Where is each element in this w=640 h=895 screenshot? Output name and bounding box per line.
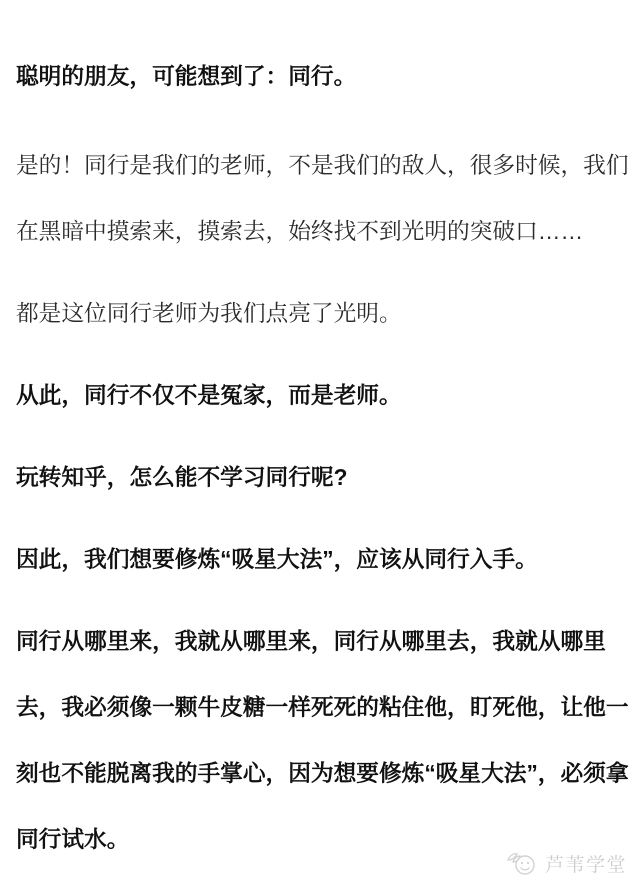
article-body: 聪明的朋友，可能想到了：同行。 是的！同行是我们的老师，不是我们的敌人，很多时候…	[0, 0, 640, 872]
paragraph: 因此，我们想要修炼“吸星大法”，应该从同行入手。	[16, 526, 630, 592]
paragraph: 都是这位同行老师为我们点亮了光明。	[16, 280, 630, 346]
watermark: 芦苇学堂	[505, 849, 627, 877]
paragraph: 是的！同行是我们的老师，不是我们的敌人，很多时候，我们在黑暗中摸索来，摸索去，始…	[16, 132, 630, 264]
article-page: { "page": { "background": "#ffffff", "te…	[0, 0, 640, 895]
paragraph: 从此，同行不仅不是冤家，而是老师。	[16, 362, 630, 428]
reed-face-logo-icon	[505, 850, 539, 876]
paragraph: 玩转知乎，怎么能不学习同行呢?	[16, 444, 630, 510]
paragraph: 同行从哪里来，我就从哪里来，同行从哪里去，我就从哪里去，我必须像一颗牛皮糖一样死…	[16, 608, 630, 872]
paragraph: 聪明的朋友，可能想到了：同行。	[16, 43, 630, 109]
watermark-label: 芦苇学堂	[545, 850, 627, 877]
